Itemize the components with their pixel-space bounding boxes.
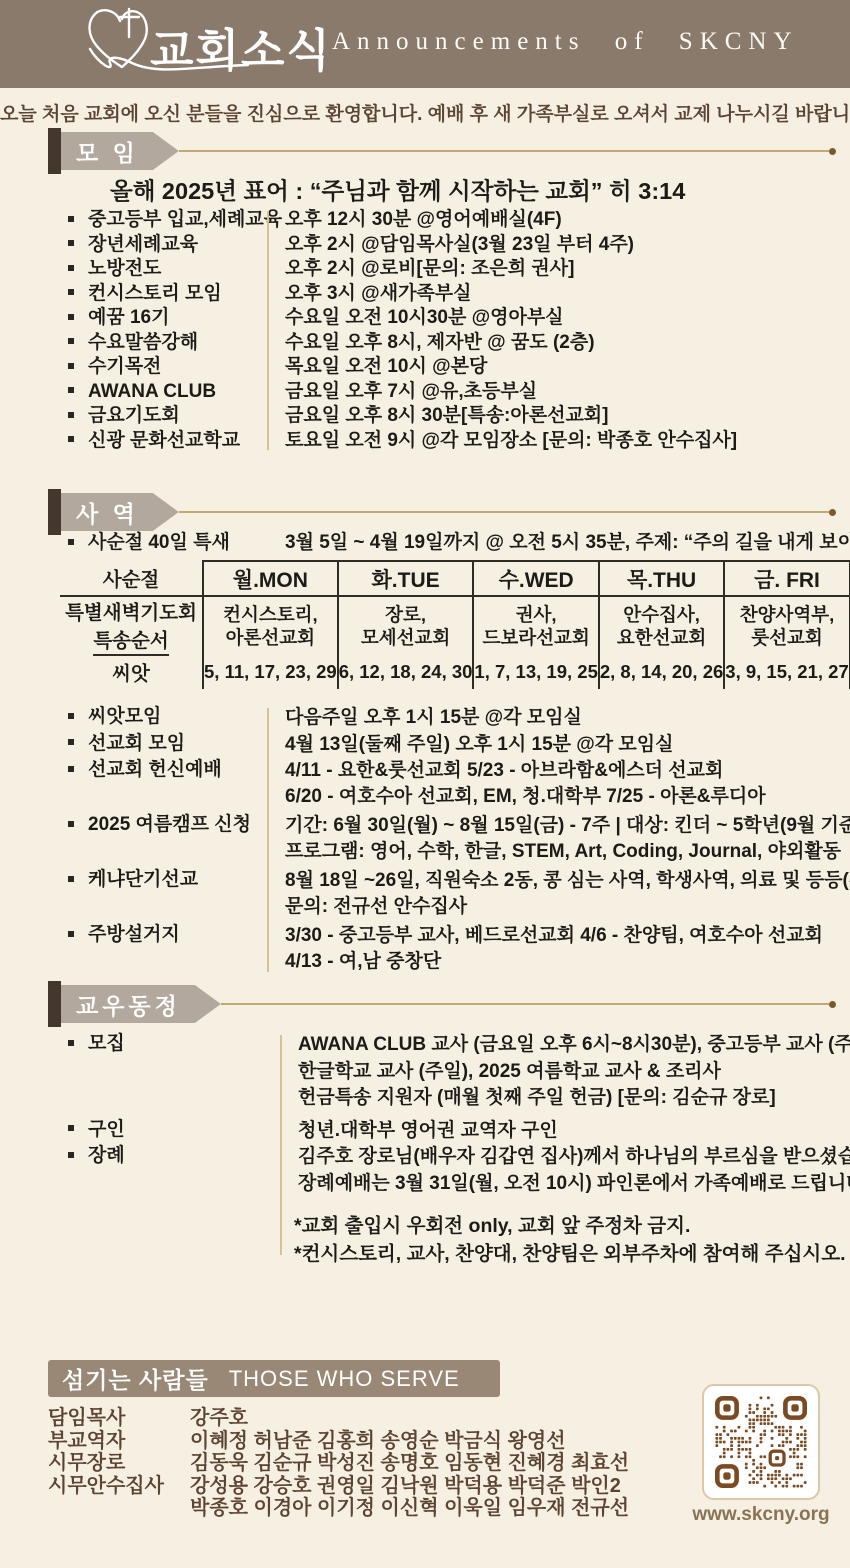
section-rule: [221, 1003, 829, 1005]
table-day-header: 목.THU: [598, 560, 723, 597]
table-day-header: 수.WED: [472, 560, 597, 597]
row-value: 수요일 오후 8시, 제자반 @ 꿈도 (2층): [267, 331, 850, 356]
list-row: 장례김주호 장로님(배우자 김갑연 집사)께서 하나님의 부르심을 받으셨습니다…: [0, 1144, 850, 1197]
bullet-icon: [68, 314, 74, 320]
table-day-header: 금. FRI: [723, 560, 848, 597]
bullet-icon: [68, 1040, 74, 1046]
row-label: 선교회 모임: [68, 732, 267, 758]
table-team-cell: 장로,모세선교회: [337, 597, 473, 655]
row-value: 기간: 6월 30일(월) ~ 8월 15일(금) - 7주 | 대상: 킨더 …: [267, 813, 850, 864]
list-row: 선교회 모임4월 13일(둘째 주일) 오후 1시 15분 @각 모임실: [0, 732, 850, 758]
section-accent-bar: [48, 128, 61, 174]
staff-names: 이혜정 허남준 김홍희 송영순 박금식 왕영선: [190, 1430, 668, 1453]
bullet-icon: [68, 363, 74, 369]
bullet-icon: [68, 216, 74, 222]
list-row: 수기목전목요일 오전 10시 @본당: [0, 355, 850, 380]
table-row-label: 씨앗: [60, 655, 202, 689]
row-value: 3월 5일 ~ 4월 19일까지 @ 오전 5시 35분, 주제: “주의 길을…: [285, 531, 850, 556]
header-banner: 교회소식 Announcements of SKCNY: [0, 0, 850, 88]
row-value: 목요일 오전 10시 @본당: [267, 355, 850, 380]
row-value: 수요일 오전 10시30분 @영아부실: [267, 306, 850, 331]
value-line: 3/30 - 중고등부 교사, 베드로선교회 4/6 - 찬양팀, 여호수아 선…: [285, 923, 850, 949]
list-row: 예꿈 16기수요일 오전 10시30분 @영아부실: [0, 306, 850, 331]
row-value: 오후 3시 @새가족부실: [267, 282, 850, 307]
row-label: 노방전도: [68, 257, 267, 282]
row-value: 8월 18일 ~26일, 직원숙소 2동, 콩 심는 사역, 학생사역, 의료 …: [267, 868, 850, 919]
staff-role: 시무장로: [48, 1452, 176, 1475]
website-url: www.skcny.org: [688, 1504, 834, 1526]
column-divider: [280, 1035, 282, 1255]
section-title: 교우동정: [61, 985, 221, 1023]
row-value: 토요일 오전 9시 @각 모임장소 [문의: 박종호 안수집사]: [267, 429, 850, 454]
value-line: 프로그램: 영어, 수학, 한글, STEM, Art, Coding, Jou…: [285, 839, 850, 865]
staff-names: 김동욱 김순규 박성진 송명호 임동현 진혜경 최효선: [190, 1452, 668, 1475]
value-line: 4/11 - 요한&룻선교회 5/23 - 아브라함&에스더 선교회: [285, 758, 850, 784]
value-line: 4/13 - 여,남 중창단: [285, 949, 850, 975]
list-row: 수요말씀강해수요일 오후 8시, 제자반 @ 꿈도 (2층): [0, 331, 850, 356]
section-rule-dot: [829, 148, 836, 155]
table-seed-cell: 1, 7, 13, 19, 25: [472, 655, 597, 689]
ministry-list: 씨앗모임다음주일 오후 1시 15분 @각 모임실선교회 모임4월 13일(둘째…: [0, 705, 850, 975]
dawn-prayer-table: 사순절월.MON화.TUE수.WED목.THU금. FRI토.SAT특별새벽기도…: [60, 560, 822, 689]
row-label: 케냐단기선교: [68, 868, 267, 919]
list-row: 선교회 헌신예배4/11 - 요한&룻선교회 5/23 - 아브라함&에스더 선…: [0, 758, 850, 809]
table-seed-cell: 3, 9, 15, 21, 27: [723, 655, 848, 689]
qr-card: [702, 1384, 820, 1500]
row-label: 중고등부 입교,세례교육: [68, 208, 267, 233]
value-line: 오후 12시 30분 @영어예배실(4F): [285, 208, 850, 233]
bullet-icon: [68, 412, 74, 418]
section-title: 모 임: [61, 132, 179, 170]
bullet-icon: [68, 876, 74, 882]
bullet-icon: [68, 713, 74, 719]
table-seed-cell: 6, 12, 18, 24, 30: [337, 655, 473, 689]
table-team-cell: 권사,드보라선교회: [472, 597, 597, 655]
bullet-icon: [68, 539, 74, 545]
section-rule-dot: [829, 1001, 836, 1008]
serve-title-en: THOSE WHO SERVE: [229, 1366, 460, 1392]
bullet-icon: [68, 1152, 74, 1158]
value-line: 청년.대학부 영어권 교역자 구인: [298, 1118, 850, 1145]
bulletin-page: 교회소식 Announcements of SKCNY 오늘 처음 교회에 오신…: [0, 0, 850, 1568]
value-line: 4월 13일(둘째 주일) 오후 1시 15분 @각 모임실: [285, 732, 850, 758]
row-value: 김주호 장로님(배우자 김갑연 집사)께서 하나님의 부르심을 받으셨습니다.장…: [280, 1144, 850, 1197]
row-label: 2025 여름캠프 신청: [68, 813, 267, 864]
staff-names: 강성용 강승호 권영일 김낙원 박덕용 박덕준 박인2박종호 이경아 이기정 이…: [190, 1475, 668, 1520]
row-label: 구인: [68, 1118, 280, 1145]
value-line: 김주호 장로님(배우자 김갑연 집사)께서 하나님의 부르심을 받으셨습니다.: [298, 1144, 850, 1171]
row-value: 오후 2시 @담임목사실(3월 23일 부터 4주): [267, 233, 850, 258]
bullet-icon: [68, 436, 74, 442]
value-line: 한글학교 교사 (주일), 2025 여름학교 교사 & 조리사: [298, 1059, 850, 1086]
value-line: 금요일 오후 8시 30분[특송:아론선교회]: [285, 404, 850, 429]
section-rule-dot: [829, 509, 836, 516]
row-label: 사순절 40일 특새: [68, 531, 267, 556]
list-row: 신광 문화선교학교토요일 오전 9시 @각 모임장소 [문의: 박종호 안수집사…: [0, 429, 850, 454]
row-label: 수요말씀강해: [68, 331, 267, 356]
value-line: 오후 3시 @새가족부실: [285, 282, 850, 307]
section-rule: [179, 511, 829, 513]
value-line: 6/20 - 여호수아 선교회, EM, 청.대학부 7/25 - 아론&루디아: [285, 784, 850, 810]
bullet-icon: [68, 240, 74, 246]
value-line: AWANA CLUB 교사 (금요일 오후 6시~8시30분), 중고등부 교사…: [298, 1032, 850, 1059]
page-subtitle: Announcements of SKCNY: [332, 28, 799, 56]
staff-row: 시무장로김동욱 김순규 박성진 송명호 임동현 진혜경 최효선: [48, 1452, 668, 1475]
staff-list: 담임목사강주호부교역자이혜정 허남준 김홍희 송영순 박금식 왕영선시무장로김동…: [48, 1407, 668, 1520]
bullet-icon: [68, 766, 74, 772]
list-row: AWANA CLUB금요일 오후 7시 @유,초등부실: [0, 380, 850, 405]
section-title: 사 역: [61, 493, 179, 531]
page-title: 교회소식: [150, 14, 332, 79]
row-label: 모집: [68, 1032, 280, 1112]
list-row: 주방설거지3/30 - 중고등부 교사, 베드로선교회 4/6 - 찬양팀, 여…: [0, 923, 850, 974]
value-line: 장례예배는 3월 31일(월, 오전 10시) 파인론에서 가족예배로 드립니다…: [298, 1171, 850, 1198]
table-team-cell: 안수집사,요한선교회: [598, 597, 723, 655]
welcome-message: 오늘 처음 교회에 오신 분들을 진심으로 환영합니다. 예배 후 새 가족부실…: [0, 99, 850, 126]
row-value: 오후 12시 30분 @영어예배실(4F): [267, 208, 850, 233]
bullet-icon: [68, 387, 74, 393]
row-value: 3/30 - 중고등부 교사, 베드로선교회 4/6 - 찬양팀, 여호수아 선…: [267, 923, 850, 974]
table-day-header: 월.MON: [202, 560, 337, 597]
table-row-label: 사순절: [60, 560, 202, 597]
serve-title-ko: 섬기는 사람들: [62, 1362, 209, 1395]
row-label: AWANA CLUB: [68, 380, 267, 405]
bullet-icon: [68, 265, 74, 271]
table-seed-cell: 2, 8, 14, 20, 26: [598, 655, 723, 689]
table-row-label: 특별새벽기도회특송순서: [60, 597, 202, 655]
value-line: 문의: 전규선 안수집사: [285, 894, 850, 920]
table-seed-cell: 5, 11, 17, 23, 29: [202, 655, 337, 689]
row-label: 예꿈 16기: [68, 306, 267, 331]
table-team-cell: 찬양사역부,룻선교회: [723, 597, 848, 655]
list-row: 사순절 40일 특새 3월 5일 ~ 4월 19일까지 @ 오전 5시 35분,…: [0, 531, 850, 556]
bullet-icon: [68, 338, 74, 344]
value-line: 오후 2시 @담임목사실(3월 23일 부터 4주): [285, 233, 850, 258]
list-row: 모집AWANA CLUB 교사 (금요일 오후 6시~8시30분), 중고등부 …: [0, 1032, 850, 1112]
bullet-icon: [68, 1125, 74, 1131]
row-label: 신광 문화선교학교: [68, 429, 267, 454]
serve-title-bar: 섬기는 사람들 THOSE WHO SERVE: [48, 1360, 500, 1397]
list-row: 구인청년.대학부 영어권 교역자 구인: [0, 1118, 850, 1145]
list-row: 컨시스토리 모임오후 3시 @새가족부실: [0, 282, 850, 307]
value-line: 기간: 6월 30일(월) ~ 8월 15일(금) - 7주 | 대상: 킨더 …: [285, 813, 850, 839]
bullet-icon: [68, 931, 74, 937]
list-row: 케냐단기선교8월 18일 ~26일, 직원숙소 2동, 콩 심는 사역, 학생사…: [0, 868, 850, 919]
note-line: *교회 출입시 우회전 only, 교회 앞 주정차 금지.: [294, 1212, 846, 1240]
row-label: 선교회 헌신예배: [68, 758, 267, 809]
meetings-list: 중고등부 입교,세례교육오후 12시 30분 @영어예배실(4F)장년세례교육오…: [0, 208, 850, 453]
column-divider: [267, 211, 269, 450]
row-label: 주방설거지: [68, 923, 267, 974]
row-value: 다음주일 오후 1시 15분 @각 모임실: [267, 705, 850, 731]
staff-role: 부교역자: [48, 1430, 176, 1453]
row-value: 청년.대학부 영어권 교역자 구인: [280, 1118, 850, 1145]
row-label: 장례: [68, 1144, 280, 1197]
row-value: 4/11 - 요한&룻선교회 5/23 - 아브라함&에스더 선교회6/20 -…: [267, 758, 850, 809]
table-team-cell: 컨시스토리,아론선교회: [202, 597, 337, 655]
row-label: 컨시스토리 모임: [68, 282, 267, 307]
list-row: 씨앗모임다음주일 오후 1시 15분 @각 모임실: [0, 705, 850, 731]
staff-names: 강주호: [190, 1407, 668, 1430]
value-line: 오후 2시 @로비[문의: 조은희 권사]: [285, 257, 850, 282]
column-divider: [267, 708, 269, 972]
year-motto: 올해 2025년 표어 : “주님과 함께 시작하는 교회” 히 3:14: [110, 172, 685, 206]
note-line: *컨시스토리, 교사, 찬양대, 찬양팀은 외부주차에 참여해 주십시오.: [294, 1240, 846, 1268]
parking-notes: *교회 출입시 우회전 only, 교회 앞 주정차 금지. *컨시스토리, 교…: [294, 1212, 846, 1268]
row-label: 수기목전: [68, 355, 267, 380]
bullet-icon: [68, 821, 74, 827]
section-header-news: 교우동정: [48, 984, 836, 1024]
section-header-ministry: 사 역: [48, 492, 836, 532]
staff-row: 담임목사강주호: [48, 1407, 668, 1430]
section-accent-bar: [48, 981, 61, 1027]
list-row: 중고등부 입교,세례교육오후 12시 30분 @영어예배실(4F): [0, 208, 850, 233]
value-line: 토요일 오전 9시 @각 모임장소 [문의: 박종호 안수집사]: [285, 429, 850, 454]
list-row: 2025 여름캠프 신청기간: 6월 30일(월) ~ 8월 15일(금) - …: [0, 813, 850, 864]
value-line: 수요일 오후 8시, 제자반 @ 꿈도 (2층): [285, 331, 850, 356]
staff-row: 부교역자이혜정 허남준 김홍희 송영순 박금식 왕영선: [48, 1430, 668, 1453]
section-header-meetings: 모 임: [48, 131, 836, 171]
value-line: 8월 18일 ~26일, 직원숙소 2동, 콩 심는 사역, 학생사역, 의료 …: [285, 868, 850, 894]
section-accent-bar: [48, 489, 61, 535]
row-label: 씨앗모임: [68, 705, 267, 731]
staff-role: 시무안수집사: [48, 1475, 176, 1520]
bullet-icon: [68, 289, 74, 295]
table-day-header: 화.TUE: [337, 560, 473, 597]
value-line: 다음주일 오후 1시 15분 @각 모임실: [285, 705, 850, 731]
row-value: AWANA CLUB 교사 (금요일 오후 6시~8시30분), 중고등부 교사…: [280, 1032, 850, 1112]
value-line: 헌금특송 지원자 (매월 첫째 주일 헌금) [문의: 김순규 장로]: [298, 1085, 850, 1112]
staff-row: 시무안수집사강성용 강승호 권영일 김낙원 박덕용 박덕준 박인2박종호 이경아…: [48, 1475, 668, 1520]
section-rule: [179, 150, 829, 152]
row-label: 장년세례교육: [68, 233, 267, 258]
value-line: 수요일 오전 10시30분 @영아부실: [285, 306, 850, 331]
value-line: 금요일 오후 7시 @유,초등부실: [285, 380, 850, 405]
row-value: 금요일 오후 7시 @유,초등부실: [267, 380, 850, 405]
list-row: 장년세례교육오후 2시 @담임목사실(3월 23일 부터 4주): [0, 233, 850, 258]
list-row: 노방전도오후 2시 @로비[문의: 조은희 권사]: [0, 257, 850, 282]
staff-role: 담임목사: [48, 1407, 176, 1430]
row-value: 4월 13일(둘째 주일) 오후 1시 15분 @각 모임실: [267, 732, 850, 758]
row-value: 오후 2시 @로비[문의: 조은희 권사]: [267, 257, 850, 282]
row-label: 금요기도회: [68, 404, 267, 429]
bullet-icon: [68, 739, 74, 745]
list-row: 금요기도회금요일 오후 8시 30분[특송:아론선교회]: [0, 404, 850, 429]
value-line: 목요일 오전 10시 @본당: [285, 355, 850, 380]
qr-code: [715, 1396, 807, 1488]
lent-row: 사순절 40일 특새 3월 5일 ~ 4월 19일까지 @ 오전 5시 35분,…: [0, 531, 850, 556]
row-value: 금요일 오후 8시 30분[특송:아론선교회]: [267, 404, 850, 429]
